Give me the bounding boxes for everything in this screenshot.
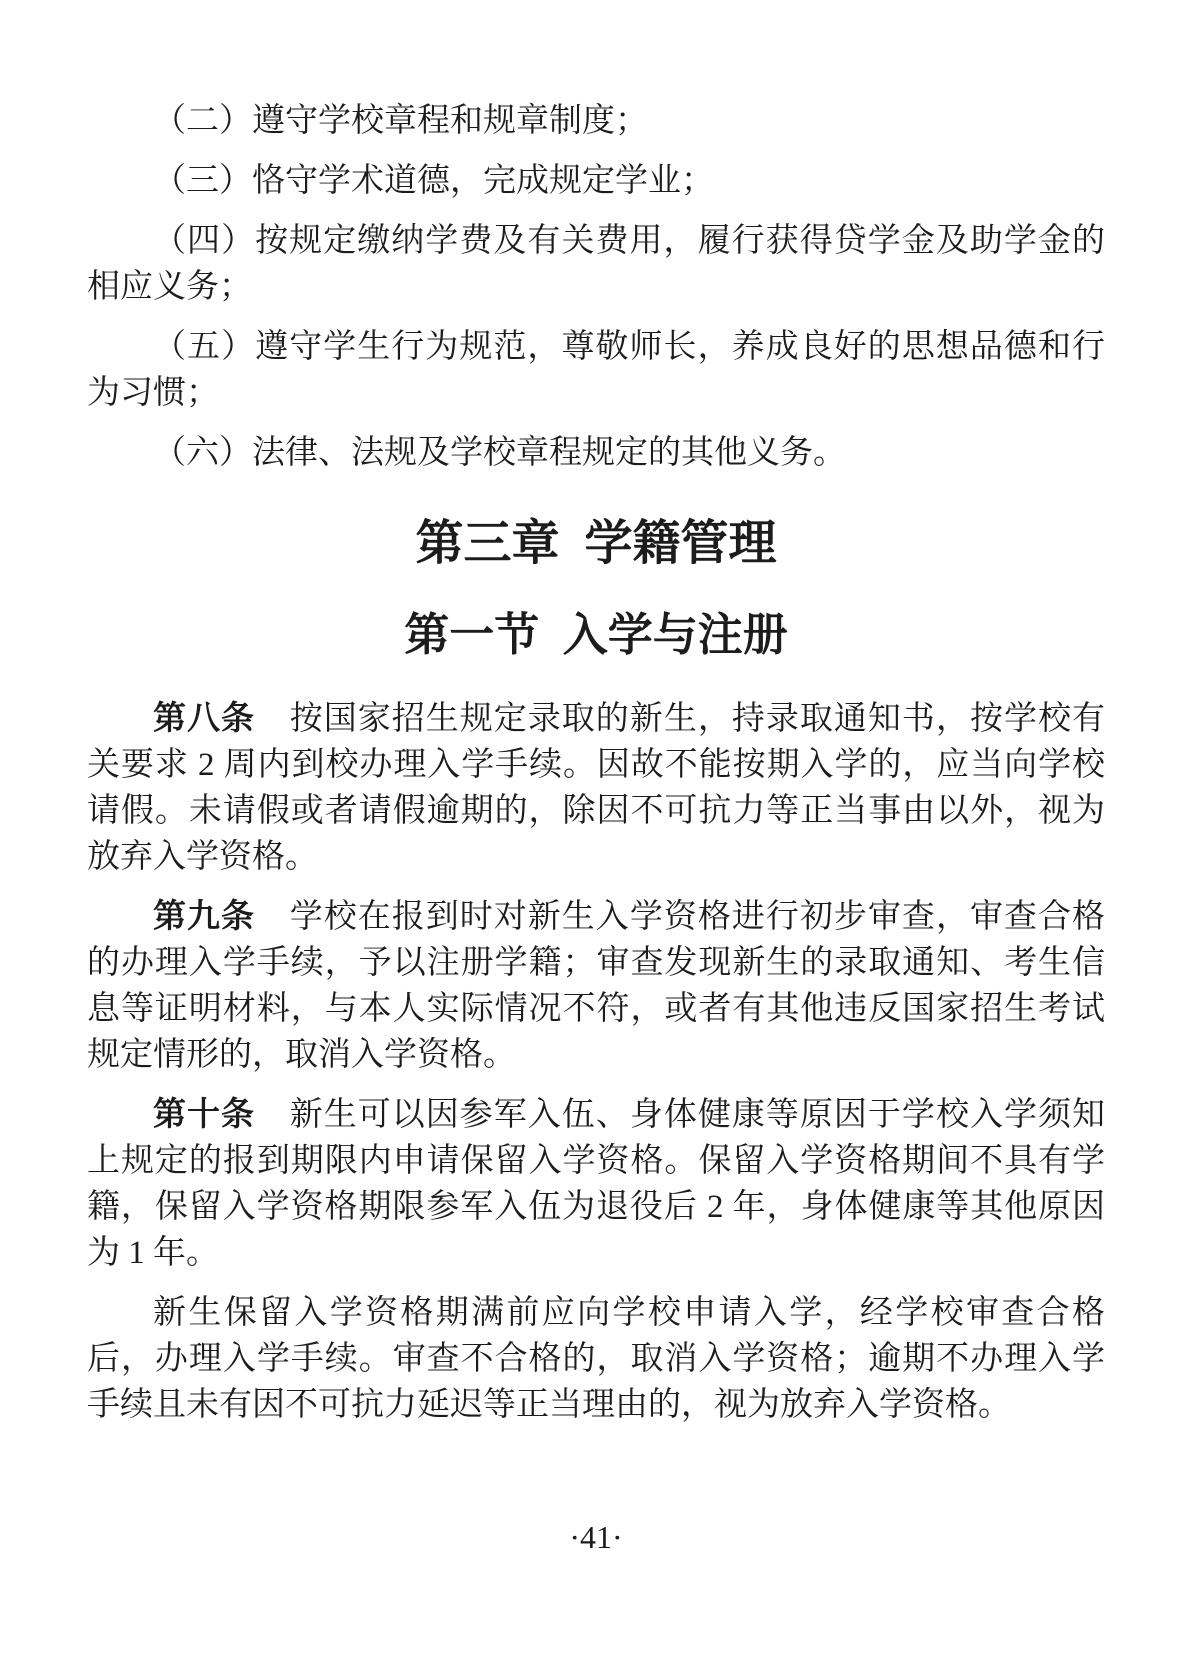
obligation-item-6: （六）法律、法规及学校章程规定的其他义务。 (87, 430, 1105, 476)
article-9-label: 第九条 (153, 899, 255, 935)
obligation-item-3: （三）恪守学术道德，完成规定学业； (87, 158, 1105, 204)
closing-paragraph: 新生保留入学资格期满前应向学校申请入学，经学校审查合格后，办理入学手续。审查不合… (87, 1290, 1105, 1428)
section-label: 第一节 (404, 610, 539, 660)
obligation-item-4: （四）按规定缴纳学费及有关费用，履行获得贷学金及助学金的相应义务； (87, 218, 1105, 310)
article-8-paragraph: 第八条按国家招生规定录取的新生，持录取通知书，按学校有关要求 2 周内到校办理入… (87, 696, 1105, 880)
article-8-label: 第八条 (153, 701, 255, 737)
section-heading: 第一节入学与注册 (87, 603, 1105, 667)
obligation-item-2: （二）遵守学校章程和规章制度； (87, 98, 1105, 144)
article-9-paragraph: 第九条学校在报到时对新生入学资格进行初步审查，审查合格的办理入学手续，予以注册学… (87, 894, 1105, 1078)
article-10-label: 第十条 (153, 1097, 255, 1133)
page-number: ·41· (87, 1514, 1105, 1560)
section-title: 入学与注册 (563, 610, 788, 660)
document-page: （二）遵守学校章程和规章制度； （三）恪守学术道德，完成规定学业； （四）按规定… (0, 0, 1190, 1670)
article-10-paragraph: 第十条新生可以因参军入伍、身体健康等原因于学校入学须知上规定的报到期限内申请保留… (87, 1092, 1105, 1276)
chapter-title: 学籍管理 (584, 517, 776, 570)
chapter-label: 第三章 (416, 517, 560, 570)
obligation-item-5: （五）遵守学生行为规范，尊敬师长，养成良好的思想品德和行为习惯； (87, 324, 1105, 416)
chapter-heading: 第三章学籍管理 (87, 509, 1105, 579)
